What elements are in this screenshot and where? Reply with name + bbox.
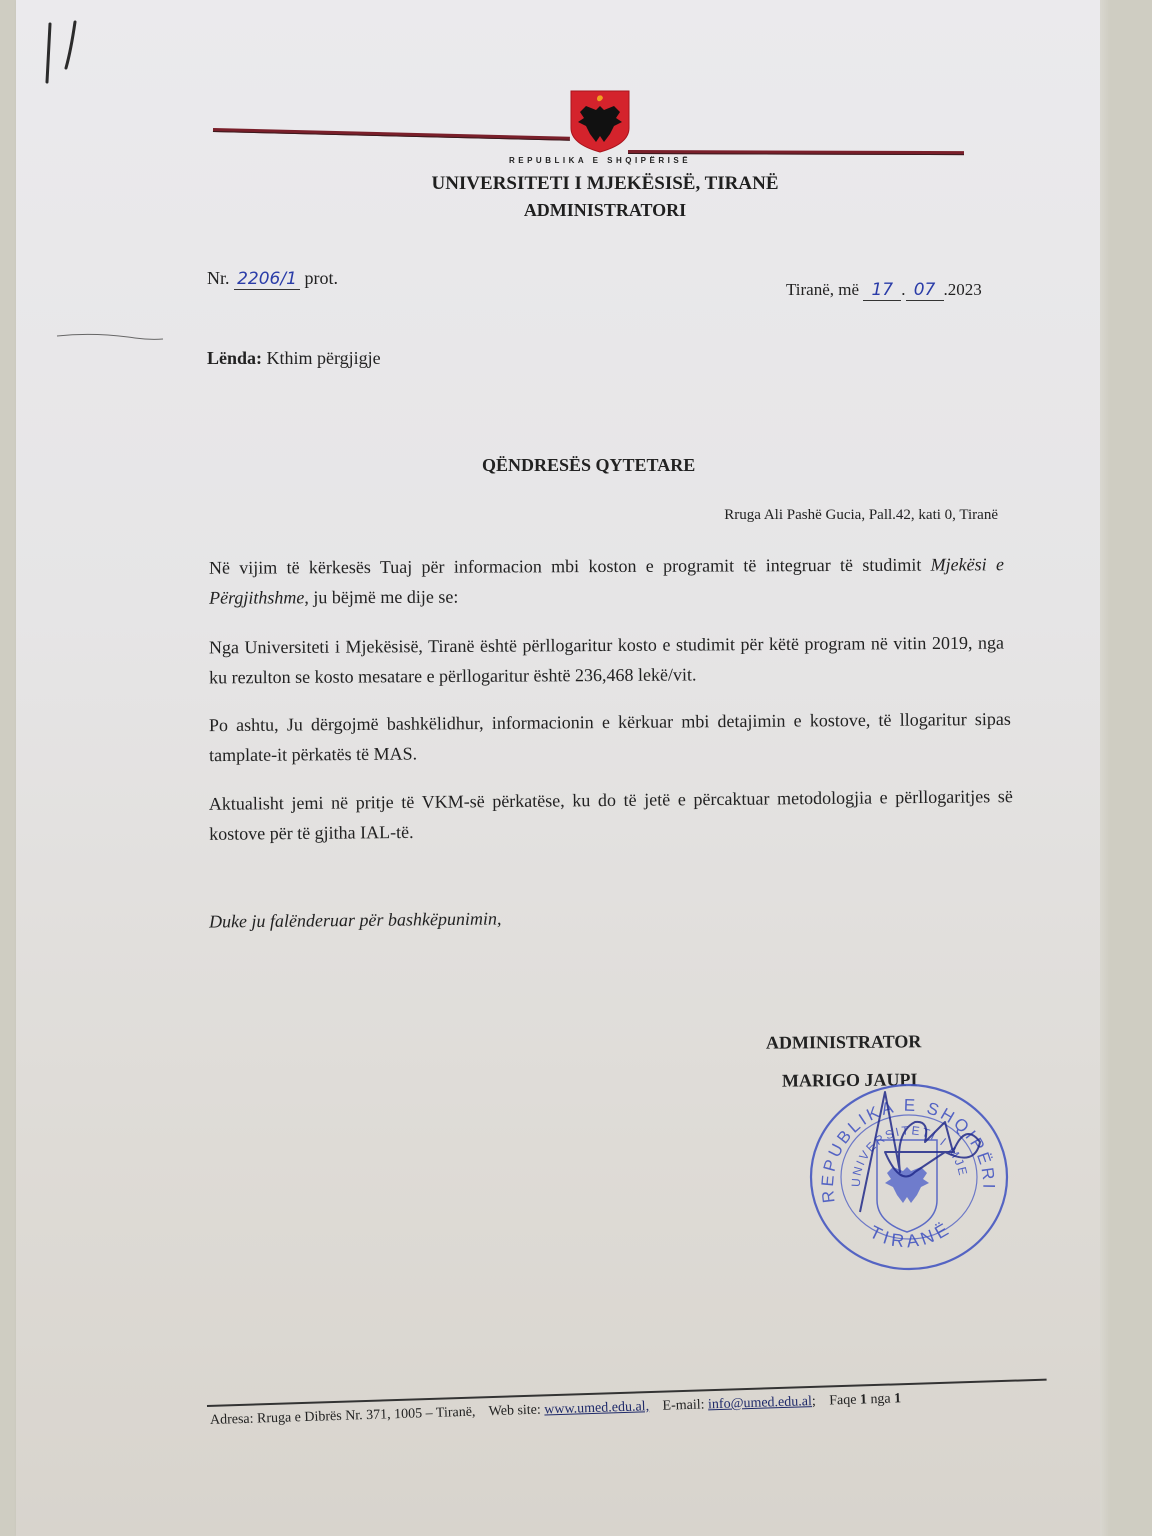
document-date: Tiranë, më 17.07.2023 xyxy=(786,280,982,301)
date-day-handwritten: 17 xyxy=(863,280,901,301)
page-indicator: Faqe 1 nga 1 xyxy=(829,1391,901,1408)
institution-name: UNIVERSITETI I MJEKËSISË, TIRANË xyxy=(300,173,910,195)
page-label: Faqe xyxy=(829,1393,857,1409)
date-month-handwritten: 07 xyxy=(906,280,944,301)
website-label: Web site: xyxy=(488,1403,541,1420)
paragraph-text: Në vijim të kërkesës Tuaj për informacio… xyxy=(209,555,931,578)
body-paragraph-1: Në vijim të kërkesës Tuaj për informacio… xyxy=(209,549,1004,612)
svg-text:UNIVERSITETI I MJEKËSISË: UNIVERSITETI I MJEKËSISË xyxy=(805,1082,971,1187)
body-paragraph-3: Po ashtu, Ju dërgojmë bashkëlidhur, info… xyxy=(209,704,1011,770)
stamp-inner-text: UNIVERSITETI I MJEKËSISË xyxy=(805,1082,971,1187)
closing-line: Duke ju falënderuar për bashkëpunimin, xyxy=(209,908,502,932)
paper-edge xyxy=(1100,0,1110,1536)
email-punctuation: ; xyxy=(812,1394,816,1409)
handwritten-mark xyxy=(40,20,90,90)
subject-text: Kthim përgjigje xyxy=(267,348,381,368)
stamp-bottom-text: TIRANË xyxy=(867,1217,955,1251)
protocol-number: Nr. 2206/1 prot. xyxy=(207,268,338,290)
subject-line: Lënda: Kthim përgjigje xyxy=(207,348,381,369)
website-link[interactable]: www.umed.edu.al, xyxy=(544,1399,649,1417)
protocol-number-handwritten: 2206/1 xyxy=(234,269,300,290)
albanian-coat-of-arms-icon xyxy=(567,88,633,154)
document-page xyxy=(16,0,1102,1536)
subject-label: Lënda: xyxy=(207,348,262,368)
date-year: .2023 xyxy=(944,280,982,299)
stray-pen-mark xyxy=(55,330,165,344)
protocol-suffix: prot. xyxy=(305,268,339,288)
republic-label: REPUBLIKA E SHQIPËRISË xyxy=(400,156,800,165)
page-current: 1 xyxy=(860,1392,867,1407)
page-of: nga xyxy=(870,1392,891,1408)
recipient-address: Rruga Ali Pashë Gucia, Pall.42, kati 0, … xyxy=(724,507,998,524)
institution-unit: ADMINISTRATORI xyxy=(300,200,910,221)
body-paragraph-2: Nga Universiteti i Mjekësisë, Tiranë ësh… xyxy=(209,628,1004,693)
body-paragraph-4: Aktualisht jemi në pritje të VKM-së përk… xyxy=(209,781,1014,849)
recipient-name: QËNDRESËS QYTETARE xyxy=(482,455,695,476)
signatory-title: ADMINISTRATOR xyxy=(766,1031,922,1053)
email-label: E-mail: xyxy=(662,1397,704,1413)
official-stamp-icon: REPUBLIKA E SHQIPËRISË UNIVERSITETI I MJ… xyxy=(805,1082,1010,1272)
email-link[interactable]: info@umed.edu.al xyxy=(708,1394,812,1412)
page-total: 1 xyxy=(894,1391,901,1406)
protocol-prefix: Nr. xyxy=(207,268,230,288)
svg-text:TIRANË: TIRANË xyxy=(867,1217,955,1251)
date-prefix: Tiranë, më xyxy=(786,280,859,299)
paragraph-text: , ju bëjmë me dije se: xyxy=(304,587,458,608)
